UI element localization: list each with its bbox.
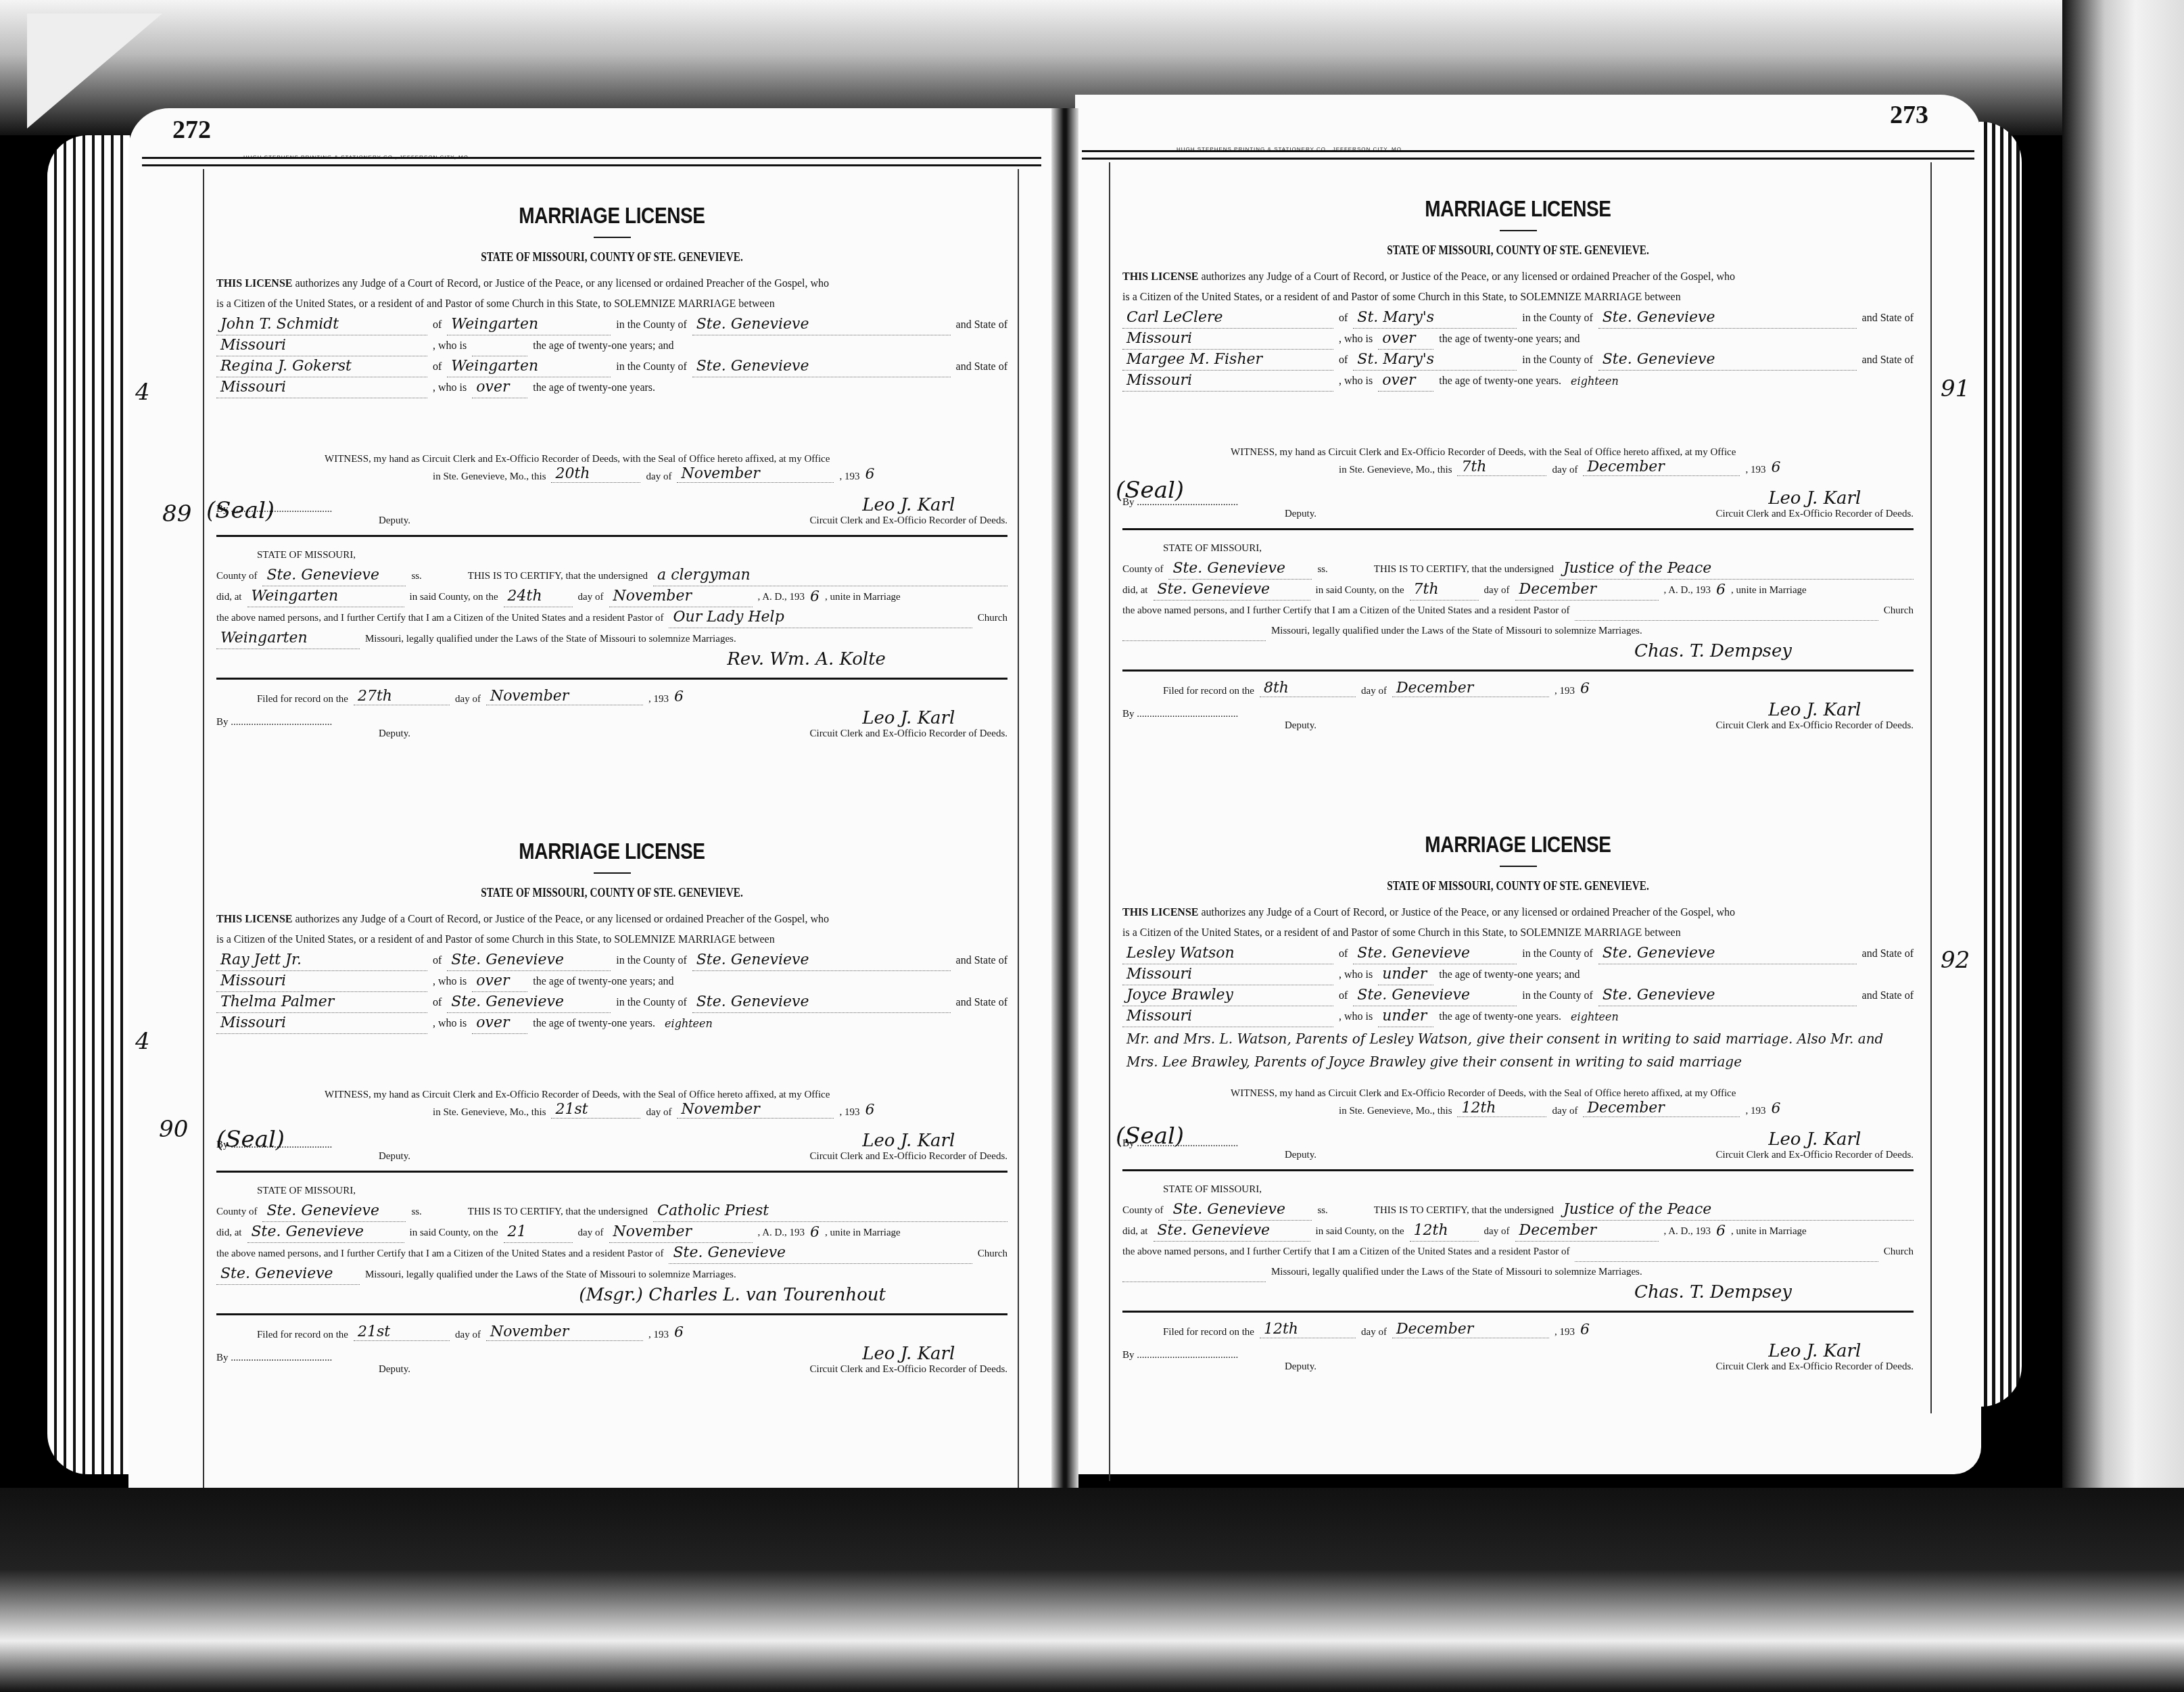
filed-line: Filed for record on the 21st day of Nove… (216, 1323, 1007, 1341)
label-by: By (216, 504, 229, 515)
bride-state: Missouri (1122, 1006, 1333, 1027)
ceremony-line: did, at Ste. Genevieve in said County, o… (1122, 580, 1914, 601)
certificate-block: STATE OF MISSOURI, County of Ste. Genevi… (1122, 1179, 1914, 1302)
clerk-title: Circuit Clerk and Ex-Officio Recorder of… (1715, 509, 1914, 520)
legally-qualified-text: Missouri, legally qualified under the La… (1271, 1262, 1642, 1282)
bride-line: Regina J. Gokerst of Weingarten in the C… (216, 356, 1007, 377)
ceremony-month: December (1515, 580, 1659, 601)
church-city (1122, 1282, 1266, 1282)
further-certify-text: the above named persons, and I further C… (216, 608, 663, 628)
bride-county: Ste. Genevieve (1598, 985, 1857, 1006)
margin-line-right-inner (1109, 162, 1110, 1481)
label-age: the age of twenty-one years; and (533, 972, 673, 992)
witness-day: 7th (1457, 459, 1546, 476)
witness-year-digit: 6 (865, 466, 874, 483)
bride-state: Missouri (216, 377, 427, 398)
clerk-signature-block: By .....................................… (216, 1131, 1007, 1162)
witness-month: November (677, 465, 834, 483)
label-by: By (1122, 709, 1135, 720)
ceremony-place: Weingarten (247, 586, 404, 607)
witness-year-digit: 6 (1771, 1100, 1780, 1117)
certify-text: THIS IS TO CERTIFY, that the undersigned (1333, 1200, 1554, 1221)
bride-age-status: over (1378, 371, 1433, 392)
license-subtitle: STATE OF MISSOURI, COUNTY OF STE. GENEVI… (276, 250, 949, 264)
groom-name: Ray Jett Jr. (216, 950, 427, 971)
filed-signature-block: By .....................................… (1122, 700, 1914, 732)
officiant-signature: Chas. T. Dempsey (1122, 641, 1914, 661)
witness-year-digit: 6 (1771, 459, 1780, 476)
groom-residence: Weingarten (447, 314, 611, 335)
label-county: in the County of (1522, 308, 1592, 329)
clerk-title: Circuit Clerk and Ex-Officio Recorder of… (809, 1151, 1007, 1162)
witness-day: 20th (551, 465, 640, 483)
license-title: MARRIAGE LICENSE (1182, 196, 1855, 222)
label-age: the age of twenty-one years. (1439, 1007, 1561, 1027)
margin-line-left-inner (1018, 169, 1019, 1488)
cert-officiant-line: County of Ste. Genevieve ss. THIS IS TO … (216, 1201, 1007, 1222)
groom-age-status: under (1378, 964, 1433, 985)
deputy-field: By .....................................… (1122, 709, 1316, 732)
clerk-field: Leo J. KarlCircuit Clerk and Ex-Officio … (1715, 488, 1914, 520)
certificate-block: STATE OF MISSOURI, County of Ste. Genevi… (216, 545, 1007, 669)
bride-county: Ste. Genevieve (692, 992, 951, 1013)
clerk-field: Leo J. KarlCircuit Clerk and Ex-Officio … (809, 1344, 1007, 1376)
record-number-90: 90 (159, 1116, 188, 1143)
label-deputy: Deputy. (1122, 1361, 1316, 1373)
label-age: the age of twenty-one years. (533, 378, 655, 398)
label-ad: , A. D., 193 (1664, 1221, 1711, 1242)
label-county: in the County of (616, 993, 686, 1013)
cert-county: Ste. Genevieve (262, 565, 406, 586)
section-divider (1122, 1311, 1914, 1313)
label-county: in the County of (616, 951, 686, 971)
clerk-signature: Leo J. Karl (1715, 700, 1914, 720)
officiant-signature: Chas. T. Dempsey (1122, 1282, 1914, 1302)
officiant-signature: Rev. Wm. A. Kolte (216, 649, 1007, 669)
page-number-right: 273 (1890, 100, 1928, 130)
label-church: Church (1884, 601, 1914, 621)
label-year: , 193 (1554, 686, 1575, 697)
groom-county: Ste. Genevieve (692, 314, 951, 335)
witness-day: 12th (1457, 1100, 1546, 1117)
church-city-line: Weingarten Missouri, legally qualified u… (216, 628, 1007, 649)
label-state: and State of (1862, 986, 1914, 1006)
label-did-at: did, at (216, 1223, 242, 1243)
ceremony-day: 7th (1410, 580, 1479, 601)
label-of: of (433, 357, 442, 377)
ceremony-line: did, at Weingarten in said County, on th… (216, 586, 1007, 607)
label-day-of: day of (578, 587, 604, 607)
license-title: MARRIAGE LICENSE (276, 839, 949, 864)
printer-imprint-right: HUGH STEPHENS PRINTING & STATIONERY CO.,… (1177, 146, 1404, 152)
church-city: Ste. Genevieve (216, 1264, 360, 1285)
label-ad: , A. D., 193 (1664, 580, 1711, 601)
groom-name: Carl LeClere (1122, 308, 1333, 329)
groom-line: John T. Schmidt of Weingarten in the Cou… (216, 314, 1007, 335)
license-text-2: is a Citizen of the United States, or a … (1122, 923, 1914, 943)
ceremony-year-digit: 6 (810, 587, 820, 607)
license-body: THIS LICENSE authorizes any Judge of a C… (1122, 903, 1914, 1073)
label-who-is: , who is (433, 972, 467, 992)
filed-signature-block: By .....................................… (216, 1344, 1007, 1376)
license-subtitle: STATE OF MISSOURI, COUNTY OF STE. GENEVI… (1182, 879, 1855, 893)
clerk-field: Leo J. KarlCircuit Clerk and Ex-Officio … (809, 1131, 1007, 1162)
bride-state: Missouri (1122, 371, 1333, 392)
license-lead: THIS LICENSE (1122, 907, 1199, 918)
clerk-field: Leo J. KarlCircuit Clerk and Ex-Officio … (1715, 1129, 1914, 1161)
book-gutter (1051, 108, 1078, 1501)
license-lead: THIS LICENSE (216, 278, 293, 289)
ceremony-day: 21 (504, 1222, 573, 1243)
witness-year-digit: 6 (865, 1102, 874, 1119)
license-subtitle: STATE OF MISSOURI, COUNTY OF STE. GENEVI… (1182, 243, 1855, 258)
filed-month: December (1392, 1321, 1549, 1338)
license-lead: THIS LICENSE (216, 914, 293, 925)
license-text-2: is a Citizen of the United States, or a … (216, 294, 1007, 314)
label-year: , 193 (648, 694, 669, 705)
label-age: the age of twenty-one years. (1439, 371, 1561, 392)
groom-state: Missouri (216, 971, 427, 992)
clerk-signature-block: By .....................................… (1122, 488, 1914, 520)
filed-line: Filed for record on the 12th day of Dece… (1122, 1321, 1914, 1338)
label-of: of (1339, 944, 1348, 964)
groom-state: Missouri (1122, 964, 1333, 985)
clerk-signature: Leo J. Karl (809, 1344, 1007, 1364)
label-day-of: day of (578, 1223, 604, 1243)
label-deputy: Deputy. (1122, 1150, 1316, 1161)
license-subtitle: STATE OF MISSOURI, COUNTY OF STE. GENEVI… (276, 886, 949, 900)
bride-residence: St. Mary's (1353, 350, 1517, 371)
label-state: and State of (1862, 944, 1914, 964)
label-filed: Filed for record on the (1163, 1327, 1254, 1338)
clerk-signature-block: By .....................................… (1122, 1129, 1914, 1161)
clerk-signature: Leo J. Karl (809, 495, 1007, 515)
label-year: , 193 (839, 1107, 859, 1119)
label-unite: , unite in Marriage (1731, 1221, 1807, 1242)
clerk-field: Leo J. KarlCircuit Clerk and Ex-Officio … (1715, 1341, 1914, 1373)
witness-location: in Ste. Genevieve, Mo., this (1339, 465, 1452, 476)
section-divider (216, 678, 1007, 680)
label-ss: ss. (411, 1202, 421, 1222)
label-state: and State of (1862, 308, 1914, 329)
witness-block: WITNESS, my hand as Circuit Clerk and Ex… (1122, 1088, 1914, 1117)
label-county: in the County of (616, 357, 686, 377)
pastor-line: the above named persons, and I further C… (216, 1243, 1007, 1264)
certificate-block: STATE OF MISSOURI, County of Ste. Genevi… (216, 1181, 1007, 1305)
bride-age-status: under (1378, 1006, 1433, 1027)
label-state: and State of (1862, 350, 1914, 371)
record-number-92: 92 (1941, 947, 1970, 974)
witness-day: 21st (551, 1101, 640, 1119)
ceremony-month: December (1515, 1221, 1659, 1242)
label-age: the age of twenty-one years; and (1439, 965, 1580, 985)
label-ad: , A. D., 193 (758, 1223, 805, 1243)
license-title: MARRIAGE LICENSE (1182, 832, 1855, 857)
cert-officiant-line: County of Ste. Genevieve ss. THIS IS TO … (216, 565, 1007, 586)
deputy-field: By .....................................… (1122, 1350, 1316, 1373)
ceremony-place: Ste. Genevieve (1154, 1221, 1310, 1242)
ceremony-year-digit: 6 (1716, 1221, 1726, 1242)
legally-qualified-text: Missouri, legally qualified under the La… (365, 629, 736, 649)
label-year: , 193 (1554, 1327, 1575, 1338)
groom-county: Ste. Genevieve (1598, 308, 1857, 329)
label-day-of: day of (1484, 580, 1510, 601)
cert-county: Ste. Genevieve (1168, 559, 1312, 580)
margin-mark-1: 4 (135, 379, 150, 406)
label-day-of: day of (1484, 1221, 1510, 1242)
label-day-of: day of (455, 1330, 481, 1341)
bride-state-line: Missouri , who is over the age of twenty… (1122, 371, 1914, 392)
license-lead: THIS LICENSE (1122, 271, 1199, 283)
certify-text: THIS IS TO CERTIFY, that the undersigned (427, 1202, 648, 1222)
bride-residence: Ste. Genevieve (447, 992, 611, 1013)
label-county: in the County of (616, 315, 686, 335)
church-city (1122, 640, 1266, 641)
label-ss: ss. (411, 566, 421, 586)
label-year: , 193 (648, 1330, 669, 1341)
license-text-1: THIS LICENSE authorizes any Judge of a C… (216, 910, 1007, 930)
section-divider (216, 535, 1007, 537)
label-church: Church (1884, 1242, 1914, 1262)
clerk-field: Leo J. KarlCircuit Clerk and Ex-Officio … (1715, 700, 1914, 732)
label-county-of: County of (216, 566, 257, 586)
bride-line: Margee M. Fisher of St. Mary's in the Co… (1122, 350, 1914, 371)
clerk-signature: Leo J. Karl (809, 1131, 1007, 1151)
label-ss: ss. (1317, 559, 1327, 580)
label-ss: ss. (1317, 1200, 1327, 1221)
label-filed: Filed for record on the (1163, 686, 1254, 697)
witness-text: WITNESS, my hand as Circuit Clerk and Ex… (325, 1089, 1007, 1101)
parental-consent-note (216, 1034, 1007, 1075)
label-of: of (433, 951, 442, 971)
label-ad: , A. D., 193 (758, 587, 805, 607)
certify-text: THIS IS TO CERTIFY, that the undersigned (1333, 559, 1554, 580)
label-year: , 193 (1745, 1106, 1765, 1117)
deputy-field: By .....................................… (216, 504, 410, 527)
cert-county: Ste. Genevieve (262, 1201, 406, 1222)
clerk-title: Circuit Clerk and Ex-Officio Recorder of… (1715, 1150, 1914, 1161)
groom-line: Lesley Watson of Ste. Genevieve in the C… (1122, 943, 1914, 964)
filed-year-digit: 6 (1580, 1321, 1590, 1338)
filed-line: Filed for record on the 27th day of Nove… (216, 688, 1007, 705)
groom-state-line: Missouri , who is over the age of twenty… (1122, 329, 1914, 350)
license-text: authorizes any Judge of a Court of Recor… (295, 278, 830, 289)
ceremony-place: Ste. Genevieve (247, 1222, 404, 1243)
page-number-left: 272 (172, 115, 211, 145)
margin-line-right (1930, 162, 1932, 1413)
license-body: THIS LICENSE authorizes any Judge of a C… (216, 910, 1007, 1075)
label-by: By (1122, 1138, 1135, 1149)
label-said-county: in said County, on the (410, 1223, 498, 1243)
cert-state: STATE OF MISSOURI, (1122, 538, 1914, 559)
cert-officiant-line: County of Ste. Genevieve ss. THIS IS TO … (1122, 559, 1914, 580)
label-by: By (216, 1139, 229, 1150)
label-state: and State of (956, 993, 1007, 1013)
label-who-is: , who is (1339, 965, 1373, 985)
pastor-line: the above named persons, and I further C… (216, 607, 1007, 628)
ceremony-line: did, at Ste. Genevieve in said County, o… (216, 1222, 1007, 1243)
bride-age-status: over (472, 1013, 527, 1034)
label-day-of: day of (1361, 1327, 1387, 1338)
label-age: the age of twenty-one years; and (533, 336, 673, 356)
filed-year-digit: 6 (1580, 680, 1590, 697)
bride-name: Regina J. Gokerst (216, 356, 427, 377)
label-by: By (1122, 497, 1135, 508)
scan-bottom-shadow (0, 1488, 2184, 1692)
label-age: the age of twenty-one years. (533, 1014, 655, 1034)
label-who-is: , who is (433, 378, 467, 398)
church-city-line: Missouri, legally qualified under the La… (1122, 1262, 1914, 1282)
filed-signature-block: By .....................................… (216, 708, 1007, 740)
title-divider (1500, 230, 1537, 231)
license-title: MARRIAGE LICENSE (276, 203, 949, 229)
witness-location: in Ste. Genevieve, Mo., this (1339, 1106, 1452, 1117)
scan-right-edge (2062, 0, 2184, 1692)
label-who-is: , who is (433, 1014, 467, 1034)
legally-qualified-text: Missouri, legally qualified under the La… (365, 1265, 736, 1285)
label-who-is: , who is (433, 336, 467, 356)
deputy-field: By .....................................… (1122, 497, 1316, 520)
cert-state: STATE OF MISSOURI, (216, 1181, 1007, 1201)
ceremony-month: November (609, 1222, 753, 1243)
bride-line: Thelma Palmer of Ste. Genevieve in the C… (216, 992, 1007, 1013)
label-deputy: Deputy. (1122, 509, 1316, 520)
label-deputy: Deputy. (216, 1364, 410, 1376)
label-by: By (216, 717, 229, 728)
deputy-field: By .....................................… (1122, 1138, 1316, 1161)
label-church: Church (978, 1244, 1007, 1264)
license-record-89: MARRIAGE LICENSE STATE OF MISSOURI, COUN… (216, 203, 1007, 740)
clerk-signature: Leo J. Karl (809, 708, 1007, 728)
age-correction: eighteen (1567, 1007, 1623, 1027)
label-church: Church (978, 608, 1007, 628)
filed-day: 27th (354, 688, 450, 705)
bride-state-line: Missouri , who is over the age of twenty… (216, 1013, 1007, 1034)
bride-residence: Weingarten (447, 356, 611, 377)
license-text-2: is a Citizen of the United States, or a … (1122, 287, 1914, 308)
label-day-of: day of (1552, 1106, 1577, 1117)
groom-state: Missouri (1122, 329, 1333, 350)
officiant-signature: (Msgr.) Charles L. van Tourenhout (216, 1285, 1007, 1305)
section-divider (216, 1171, 1007, 1173)
section-divider (1122, 669, 1914, 672)
label-said-county: in said County, on the (410, 587, 498, 607)
groom-state-line: Missouri , who is the age of twenty-one … (216, 335, 1007, 356)
parental-consent-note (1122, 392, 1914, 432)
ceremony-day: 12th (1410, 1221, 1479, 1242)
officiant-title: Justice of the Peace (1559, 1200, 1914, 1221)
license-record-91: MARRIAGE LICENSE STATE OF MISSOURI, COUN… (1122, 196, 1914, 732)
label-county: in the County of (1522, 350, 1592, 371)
officiant-title: a clergyman (653, 565, 1007, 586)
cert-state: STATE OF MISSOURI, (1122, 1179, 1914, 1200)
bride-name: Joyce Brawley (1122, 985, 1333, 1006)
bride-line: Joyce Brawley of Ste. Genevieve in the C… (1122, 985, 1914, 1006)
clerk-title: Circuit Clerk and Ex-Officio Recorder of… (809, 728, 1007, 740)
witness-date-line: in Ste. Genevieve, Mo., this 7th day of … (1231, 459, 1914, 476)
witness-block: WITNESS, my hand as Circuit Clerk and Ex… (1122, 447, 1914, 476)
clerk-signature: Leo J. Karl (1715, 488, 1914, 509)
groom-line: Ray Jett Jr. of Ste. Genevieve in the Co… (216, 950, 1007, 971)
filed-day: 8th (1260, 680, 1356, 697)
filed-signature-block: By .....................................… (1122, 1341, 1914, 1373)
label-by: By (1122, 1350, 1135, 1361)
church-city: Weingarten (216, 628, 360, 649)
label-year: , 193 (839, 471, 859, 483)
filed-month: November (486, 688, 643, 705)
clerk-title: Circuit Clerk and Ex-Officio Recorder of… (809, 1364, 1007, 1376)
record-number-91: 91 (1941, 375, 1970, 402)
license-body: THIS LICENSE authorizes any Judge of a C… (1122, 267, 1914, 432)
filed-line: Filed for record on the 8th day of Decem… (1122, 680, 1914, 697)
bride-age-status: over (472, 377, 527, 398)
label-deputy: Deputy. (216, 728, 410, 740)
label-state: and State of (956, 951, 1007, 971)
title-divider (594, 872, 631, 874)
license-text-1: THIS LICENSE authorizes any Judge of a C… (216, 274, 1007, 294)
record-number-89: 89 (162, 500, 191, 527)
parental-consent-note: Mr. and Mrs. L. Watson, Parents of Lesle… (1122, 1027, 1914, 1073)
groom-state-line: Missouri , who is over the age of twenty… (216, 971, 1007, 992)
witness-text: WITNESS, my hand as Circuit Clerk and Ex… (1231, 1088, 1914, 1100)
label-said-county: in said County, on the (1316, 580, 1404, 601)
groom-age-status: over (1378, 329, 1433, 350)
label-unite: , unite in Marriage (825, 1223, 901, 1243)
label-filed: Filed for record on the (257, 694, 348, 705)
label-county-of: County of (1122, 559, 1163, 580)
ceremony-month: November (609, 586, 753, 607)
filed-month: December (1392, 680, 1549, 697)
bride-state: Missouri (216, 1013, 427, 1034)
groom-name: John T. Schmidt (216, 314, 427, 335)
label-state: and State of (956, 357, 1007, 377)
clerk-title: Circuit Clerk and Ex-Officio Recorder of… (1715, 1361, 1914, 1373)
label-year: , 193 (1745, 465, 1765, 476)
groom-county: Ste. Genevieve (692, 950, 951, 971)
cert-state: STATE OF MISSOURI, (216, 545, 1007, 565)
bride-county: Ste. Genevieve (1598, 350, 1857, 371)
pastor-line: the above named persons, and I further C… (1122, 601, 1914, 621)
witness-month: November (677, 1101, 834, 1119)
officiant-title: Justice of the Peace (1559, 559, 1914, 580)
further-certify-text: the above named persons, and I further C… (1122, 1242, 1569, 1262)
label-who-is: , who is (1339, 329, 1373, 350)
license-text: authorizes any Judge of a Court of Recor… (1202, 907, 1736, 918)
title-divider (594, 237, 631, 238)
clerk-field: Leo J. KarlCircuit Clerk and Ex-Officio … (809, 495, 1007, 527)
license-record-90: MARRIAGE LICENSE STATE OF MISSOURI, COUN… (216, 839, 1007, 1376)
church-name: Our Lady Help (669, 607, 972, 628)
witness-block: WITNESS, my hand as Circuit Clerk and Ex… (216, 454, 1007, 483)
label-county-of: County of (1122, 1200, 1163, 1221)
label-did-at: did, at (216, 587, 242, 607)
clerk-signature: Leo J. Karl (1715, 1129, 1914, 1150)
cert-officiant-line: County of Ste. Genevieve ss. THIS IS TO … (1122, 1200, 1914, 1221)
pastor-line: the above named persons, and I further C… (1122, 1242, 1914, 1262)
deputy-field: By .....................................… (216, 1353, 410, 1376)
church-city-line: Ste. Genevieve Missouri, legally qualifi… (216, 1264, 1007, 1285)
label-did-at: did, at (1122, 1221, 1148, 1242)
groom-state-line: Missouri , who is under the age of twent… (1122, 964, 1914, 985)
license-text: authorizes any Judge of a Court of Recor… (1202, 271, 1736, 283)
bride-county: Ste. Genevieve (692, 356, 951, 377)
bride-state-line: Missouri , who is over the age of twenty… (216, 377, 1007, 398)
ceremony-year-digit: 6 (810, 1223, 820, 1243)
license-text-1: THIS LICENSE authorizes any Judge of a C… (1122, 903, 1914, 923)
witness-text: WITNESS, my hand as Circuit Clerk and Ex… (325, 454, 1007, 465)
ceremony-place: Ste. Genevieve (1154, 580, 1310, 601)
witness-location: in Ste. Genevieve, Mo., this (433, 1107, 546, 1119)
